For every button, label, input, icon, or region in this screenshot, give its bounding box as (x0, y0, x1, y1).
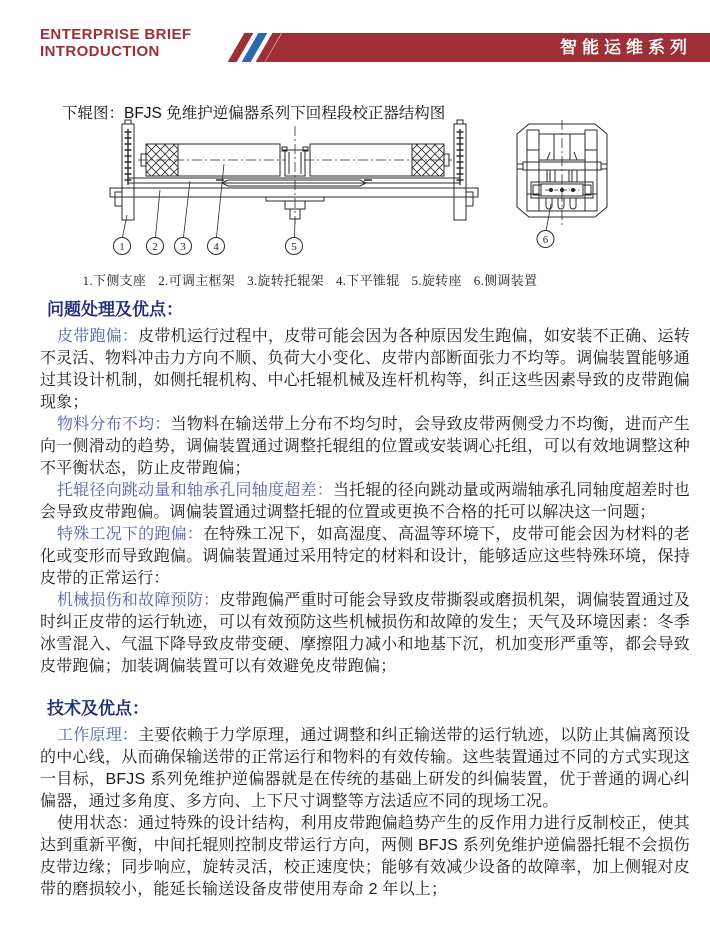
paragraph-damage-prevention: 机械损伤和故障预防：皮带跑偏严重时可能会导致皮带撕裂或磨损机架，调偏装置通过及时… (40, 590, 690, 678)
callout-2-label: 2 (152, 241, 158, 253)
part-item-2: 2.可调主框架 (158, 273, 235, 288)
end-view-drawing: 6 (517, 120, 607, 248)
paragraph-lead: 机械损伤和故障预防： (57, 592, 219, 609)
enterprise-title: ENTERPRISE BRIEF INTRODUCTION (40, 26, 191, 60)
paragraph-lead: 工作原理： (57, 727, 138, 744)
section-heading-tech: 技术及优点： (47, 694, 690, 719)
part-item-3: 3.旋转托辊架 (247, 273, 324, 288)
paragraph-usage-state: 使用状态：通过特殊的设计结构，利用皮带跑偏趋势产生的反作用力进行反制校正，使其达… (40, 813, 690, 901)
part-item-4: 4.下平锥辊 (336, 273, 400, 288)
paragraph-lead: 使用状态： (57, 815, 138, 832)
paragraph-lead: 特殊工况下的跑偏： (57, 526, 203, 543)
callout-1-label: 1 (119, 241, 125, 253)
section-heading-problems: 问题处理及优点： (47, 295, 690, 320)
paragraph-working-principle: 工作原理：主要依赖于力学原理，通过调整和纠正输送带的运行轨迹，以防止其偏离预设的… (40, 725, 690, 813)
series-banner-text: 智能运维系列 (560, 38, 692, 57)
paragraph-special-conditions: 特殊工况下的跑偏：在特殊工况下，如高湿度、高温等环境下，皮带可能会因为材料的老化… (40, 524, 690, 590)
parts-list: 1.下侧支座2.可调主框架3.旋转托辊架4.下平锥辊5.旋转座6.侧调装置 (40, 270, 580, 289)
paragraph-lead: 皮带跑偏： (57, 328, 138, 345)
part-item-5: 5.旋转座 (412, 273, 462, 288)
page-header: ENTERPRISE BRIEF INTRODUCTION 智能运维系列 (0, 0, 710, 80)
paragraph-body: 皮带机运行过程中，皮带可能会因为各种原因发生跑偏，如安装不正确、运转不灵活、物料… (40, 328, 690, 411)
paragraph-belt-deviation: 皮带跑偏：皮带机运行过程中，皮带可能会因为各种原因发生跑偏，如安装不正确、运转不… (40, 326, 690, 414)
paragraph-material-distribution: 物料分布不均：当物料在输送带上分布不均匀时，会导致皮带两侧受力不均衡，进而产生向… (40, 414, 690, 480)
callout-5-label: 5 (291, 241, 297, 253)
paragraph-lead: 托辊径向跳动量和轴承孔同轴度超差： (57, 482, 333, 499)
paragraph-lead: 物料分布不均： (57, 416, 171, 433)
callout-4-label: 4 (213, 241, 219, 253)
callout-3-label: 3 (180, 241, 186, 253)
enterprise-title-line2: INTRODUCTION (40, 43, 191, 60)
part-item-1: 1.下侧支座 (83, 273, 147, 288)
side-view-drawing: 1 2 3 4 5 (110, 120, 478, 255)
part-item-6: 6.侧调装置 (474, 273, 538, 288)
callout-circles (114, 238, 303, 255)
structure-diagram: 1 2 3 4 5 6 (66, 118, 626, 266)
series-banner: 智能运维系列 (265, 33, 710, 62)
paragraph-body: 主要依赖于力学原理，通过调整和纠正输送带的运行轨迹，以防止其偏离预设的中心线，从… (40, 727, 690, 810)
paragraph-roller-runout: 托辊径向跳动量和轴承孔同轴度超差：当托辊的径向跳动量或两端轴承孔同轴度超差时也会… (40, 480, 690, 524)
main-frame-beam (110, 188, 478, 197)
callout-6-label: 6 (543, 234, 549, 246)
main-content: 问题处理及优点： 皮带跑偏：皮带机运行过程中，皮带可能会因为各种原因发生跑偏，如… (40, 295, 690, 901)
enterprise-title-line1: ENTERPRISE BRIEF (40, 26, 191, 43)
paragraph-body: 通过特殊的设计结构，利用皮带跑偏趋势产生的反作用力进行反制校正，使其达到重新平衡… (40, 815, 690, 898)
